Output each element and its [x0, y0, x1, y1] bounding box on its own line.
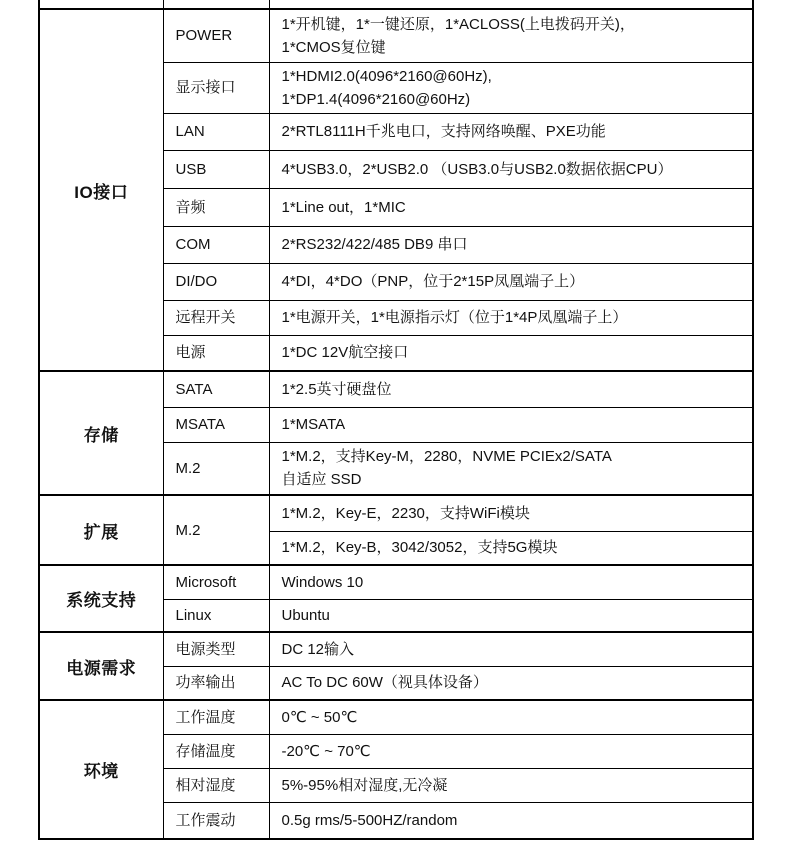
spec-table-body: IO接口POWER1*开机键，1*一键还原，1*ACLOSS(上电拨码开关)， …	[39, 0, 753, 839]
spec-row: 电源需求电源类型DC 12输入	[39, 632, 753, 666]
spec-row: 存储SATA1*2.5英寸硬盘位	[39, 371, 753, 407]
value-cell: 0℃ ~ 50℃	[269, 700, 753, 734]
value-cell: 1*M.2，Key-E，2230，支持WiFi模块	[269, 495, 753, 531]
value-cell: 2*RS232/422/485 DB9 串口	[269, 226, 753, 263]
item-cell: 功率输出	[163, 666, 269, 700]
item-cell: 音频	[163, 188, 269, 226]
value-cell: 1*Line out，1*MIC	[269, 188, 753, 226]
value-cell: 1*HDMI2.0(4096*2160@60Hz), 1*DP1.4(4096*…	[269, 62, 753, 113]
value-cell: 5%-95%相对湿度,无冷凝	[269, 768, 753, 802]
item-cell: 工作震动	[163, 802, 269, 839]
spec-row: 扩展M.21*M.2，Key-E，2230，支持WiFi模块	[39, 495, 753, 531]
value-cell: AC To DC 60W（视具体设备）	[269, 666, 753, 700]
category-cell: 扩展	[39, 495, 163, 565]
value-cell: 4*DI，4*DO（PNP，位于2*15P凤凰端子上）	[269, 263, 753, 300]
item-cell: Microsoft	[163, 565, 269, 599]
item-cell: 存储温度	[163, 734, 269, 768]
partial-cutoff-row	[39, 0, 753, 9]
category-cell: 存储	[39, 371, 163, 495]
value-cell: Ubuntu	[269, 599, 753, 632]
item-cell	[163, 0, 269, 9]
item-cell: Linux	[163, 599, 269, 632]
item-cell: USB	[163, 150, 269, 188]
value-cell: DC 12输入	[269, 632, 753, 666]
value-cell: 1*开机键，1*一键还原，1*ACLOSS(上电拨码开关)， 1*CMOS复位键	[269, 9, 753, 62]
value-cell: 4*USB3.0，2*USB2.0 （USB3.0与USB2.0数据依据CPU）	[269, 150, 753, 188]
value-cell: 1*MSATA	[269, 407, 753, 442]
category-cell: 电源需求	[39, 632, 163, 700]
value-cell: 1*电源开关，1*电源指示灯（位于1*4P凤凰端子上）	[269, 300, 753, 335]
category-cell: 环境	[39, 700, 163, 839]
value-cell: 0.5g rms/5-500HZ/random	[269, 802, 753, 839]
value-cell: 2*RTL8111H千兆电口，支持网络唤醒、PXE功能	[269, 113, 753, 150]
category-cell: IO接口	[39, 9, 163, 371]
item-cell: DI/DO	[163, 263, 269, 300]
item-cell: MSATA	[163, 407, 269, 442]
item-cell: M.2	[163, 442, 269, 495]
value-cell	[269, 0, 753, 9]
value-cell: 1*M.2，支持Key-M，2280，NVME PCIEx2/SATA 自适应 …	[269, 442, 753, 495]
item-cell: POWER	[163, 9, 269, 62]
category-cell	[39, 0, 163, 9]
category-cell: 系统支持	[39, 565, 163, 632]
item-cell: COM	[163, 226, 269, 263]
value-cell: -20℃ ~ 70℃	[269, 734, 753, 768]
spec-row: 系统支持MicrosoftWindows 10	[39, 565, 753, 599]
item-cell: 相对湿度	[163, 768, 269, 802]
item-cell: LAN	[163, 113, 269, 150]
item-cell: 显示接口	[163, 62, 269, 113]
spec-row: IO接口POWER1*开机键，1*一键还原，1*ACLOSS(上电拨码开关)， …	[39, 9, 753, 62]
item-cell: 工作温度	[163, 700, 269, 734]
item-cell: 电源类型	[163, 632, 269, 666]
item-cell: SATA	[163, 371, 269, 407]
item-cell: M.2	[163, 495, 269, 565]
item-cell: 远程开关	[163, 300, 269, 335]
spec-row: 环境工作温度0℃ ~ 50℃	[39, 700, 753, 734]
spec-table: IO接口POWER1*开机键，1*一键还原，1*ACLOSS(上电拨码开关)， …	[38, 0, 754, 840]
value-cell: 1*M.2，Key-B，3042/3052，支持5G模块	[269, 531, 753, 565]
value-cell: Windows 10	[269, 565, 753, 599]
value-cell: 1*DC 12V航空接口	[269, 335, 753, 371]
item-cell: 电源	[163, 335, 269, 371]
value-cell: 1*2.5英寸硬盘位	[269, 371, 753, 407]
